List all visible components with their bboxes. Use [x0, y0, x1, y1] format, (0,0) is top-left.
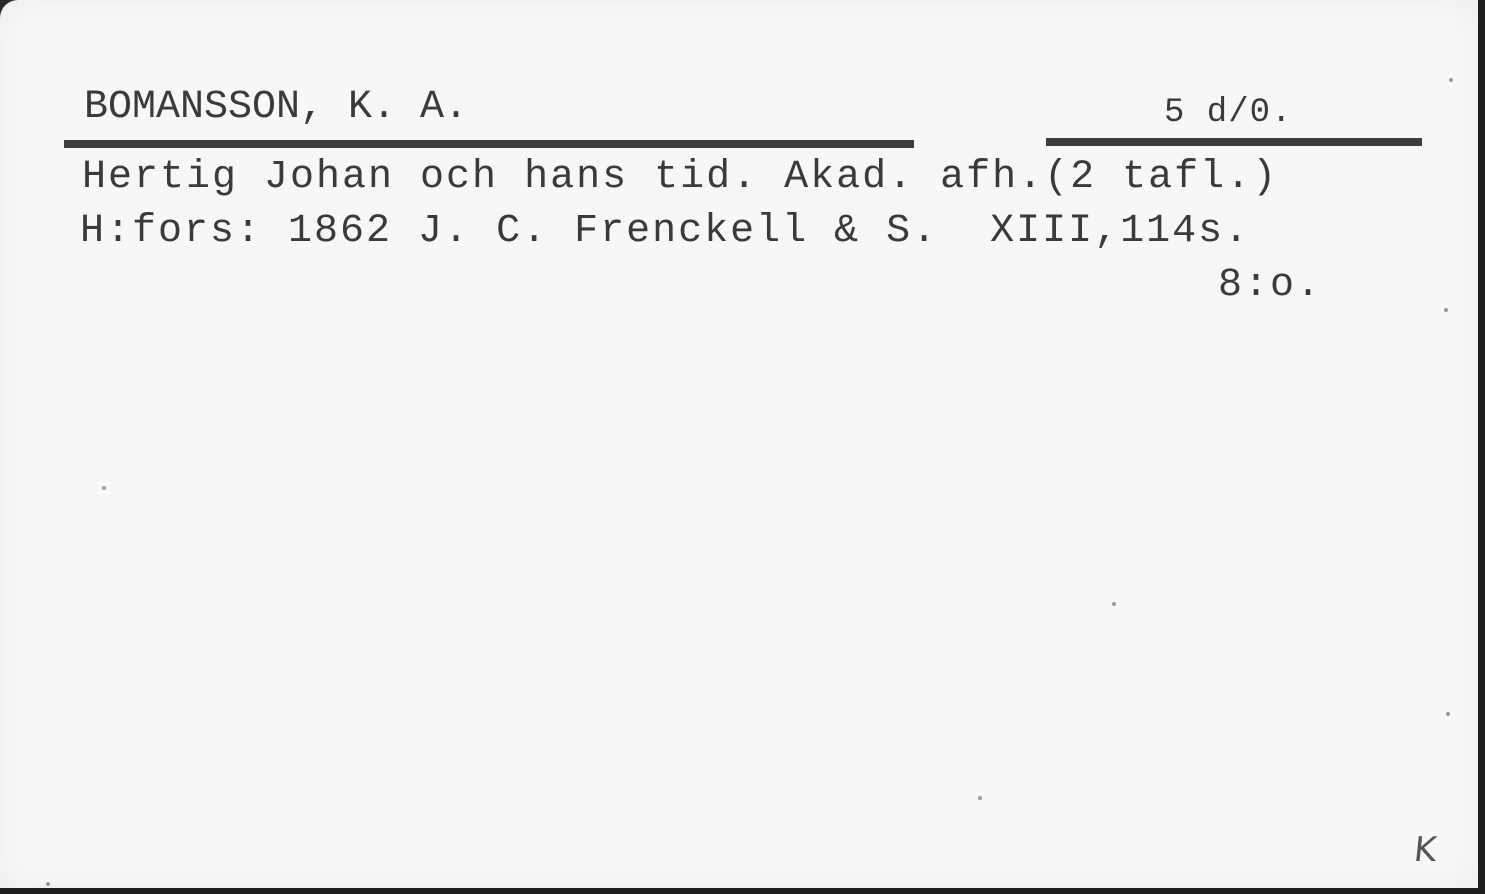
format-line: 8:o. [1218, 266, 1322, 306]
speck [1446, 712, 1450, 716]
card-edge-shadow [0, 888, 1485, 894]
speck [1449, 78, 1453, 82]
imprint-line: H:fors: 1862 J. C. Frenckell & S. XIII,1… [80, 212, 1250, 252]
heading-rule-left [64, 140, 914, 148]
speck [978, 796, 982, 800]
speck [102, 486, 106, 490]
handwritten-mark: K [1412, 830, 1439, 870]
call-number: 5 d/0. [1164, 96, 1292, 130]
speck [1112, 602, 1116, 606]
title-line: Hertig Johan och hans tid. Akad. afh.(2 … [82, 158, 1278, 198]
speck [46, 882, 50, 886]
speck [1444, 308, 1448, 312]
card-edge-shadow [1478, 0, 1485, 894]
catalog-card: BOMANSSON, K. A. 5 d/0. Hertig Johan och… [0, 0, 1478, 888]
author-heading: BOMANSSON, K. A. [84, 88, 468, 128]
heading-rule-right [1046, 138, 1422, 146]
